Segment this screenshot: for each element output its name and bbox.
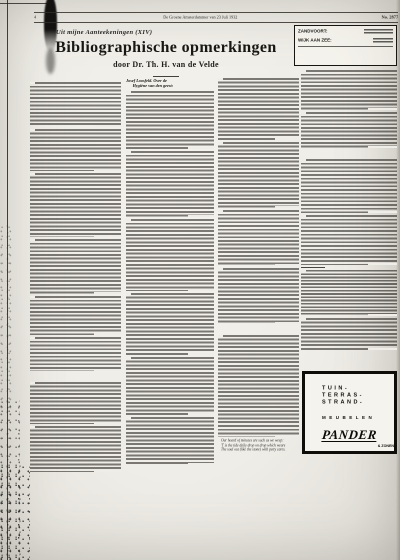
body-text-paragraph — [30, 337, 121, 371]
body-text-paragraph — [301, 159, 397, 213]
hotel-ad-divider — [298, 46, 393, 47]
hotel-ad-location: WIJK AAN ZEE: — [298, 38, 332, 43]
pander-ad-product-line: TERRAS- — [322, 392, 358, 398]
book-citation-line: Josef Loosfeld. Over de — [126, 78, 167, 83]
body-text-paragraph — [126, 357, 214, 415]
body-text-paragraph — [30, 382, 121, 424]
body-text-paragraph — [301, 112, 397, 148]
body-text-paragraph — [30, 129, 121, 171]
body-text-paragraph — [30, 82, 121, 127]
article-byline: door Dr. Th. H. van de Velde — [40, 60, 292, 69]
masthead-issue-number: No. 2877 — [381, 15, 398, 20]
hotel-ad-smallprint-lines — [364, 29, 393, 35]
body-text-paragraph — [30, 296, 121, 335]
body-text-paragraph — [301, 70, 397, 110]
hotel-ad-row: ZANDVOORT: — [298, 27, 393, 36]
poem-line: 'T is the tide daily drop on drop which … — [221, 444, 256, 448]
scan-artifact-top-line — [0, 3, 47, 4]
article-title: Bibliographische opmerkingen — [40, 39, 292, 57]
masthead-rule-bottom — [34, 22, 398, 23]
article-header: Uit mijne Aanteekeningen (XIV) Bibliogra… — [40, 29, 292, 77]
body-text-paragraph — [126, 151, 214, 217]
masthead-page-number: 4 — [34, 15, 36, 20]
body-text-paragraph — [218, 268, 299, 324]
section-separator: * * * — [301, 150, 397, 157]
poem-line: Our hoard of minutes are such as we weep… — [221, 439, 256, 443]
pander-ad-product-line: STRAND- — [322, 399, 358, 405]
newspaper-page-scan: 4 De Groene Amsterdammer van 23 Juli 193… — [0, 0, 400, 560]
hotel-ad-row: WIJK AAN ZEE: — [298, 36, 393, 45]
footnote-references — [301, 270, 397, 316]
body-text-paragraph — [218, 210, 299, 266]
section-separator: * * * — [218, 326, 299, 333]
pander-brand-logo: PANDER — [321, 429, 377, 442]
scan-artifact-left-line — [7, 0, 8, 560]
pander-ad-category: MEUBELEN — [322, 415, 358, 420]
hotel-ad-tariff: Tot 30 Juni zeer verminderd tarief — [298, 48, 393, 56]
masthead-title: De Groene Amsterdammer van 23 Juli 1932 — [163, 15, 237, 20]
hotel-advertisement: ZANDVOORT: WIJK AAN ZEE: Tot 30 Juni zee… — [294, 25, 397, 66]
footnote-rule — [301, 267, 325, 268]
body-text-paragraph — [126, 219, 214, 291]
book-citation-line: Hygiëne van den geest: — [126, 83, 167, 88]
pander-advertisement: TUIN- TERRAS- STRAND- MEUBELEN PANDER & … — [302, 371, 397, 454]
article-kicker: Uit mijne Aanteekeningen (XIV) — [56, 29, 292, 36]
body-text-paragraph — [30, 426, 121, 472]
text-column-1: * * * — [30, 82, 121, 474]
body-text-paragraph — [301, 318, 397, 350]
body-text-paragraph — [301, 215, 397, 265]
body-text-paragraph — [126, 417, 214, 465]
scan-artifact-speckles — [0, 400, 20, 560]
pander-brand-suffix: & ZONEN — [362, 444, 394, 448]
text-column-3: * * * Our hoard of minutes are such as w… — [218, 78, 299, 453]
text-column-4: * * * — [301, 70, 397, 352]
poem-quotation: Our hoard of minutes are such as we weep… — [218, 439, 299, 456]
hotel-ad-smallprint-lines — [373, 38, 393, 44]
masthead: 4 De Groene Amsterdammer van 23 Juli 193… — [34, 13, 398, 22]
pander-ad-product-line: TUIN- — [322, 385, 358, 391]
body-text-paragraph — [126, 293, 214, 355]
header-flourish-rule — [153, 76, 179, 77]
body-text-paragraph — [126, 91, 214, 149]
text-column-2: Josef Loosfeld. Over de Hygiëne van den … — [126, 78, 214, 467]
poem-line: The soul out (like the stone) with petty… — [221, 448, 256, 452]
book-citation: Josef Loosfeld. Over de Hygiëne van den … — [126, 78, 214, 88]
scan-artifact-speckles — [0, 225, 13, 410]
body-text-paragraph — [218, 142, 299, 208]
scan-artifact-speckles — [0, 465, 30, 560]
section-separator: * * * — [30, 373, 121, 380]
body-text-paragraph — [218, 78, 299, 140]
body-text-paragraph — [30, 239, 121, 294]
hotel-ad-location: ZANDVOORT: — [298, 29, 328, 34]
body-text-paragraph — [218, 335, 299, 437]
body-text-paragraph — [30, 173, 121, 237]
